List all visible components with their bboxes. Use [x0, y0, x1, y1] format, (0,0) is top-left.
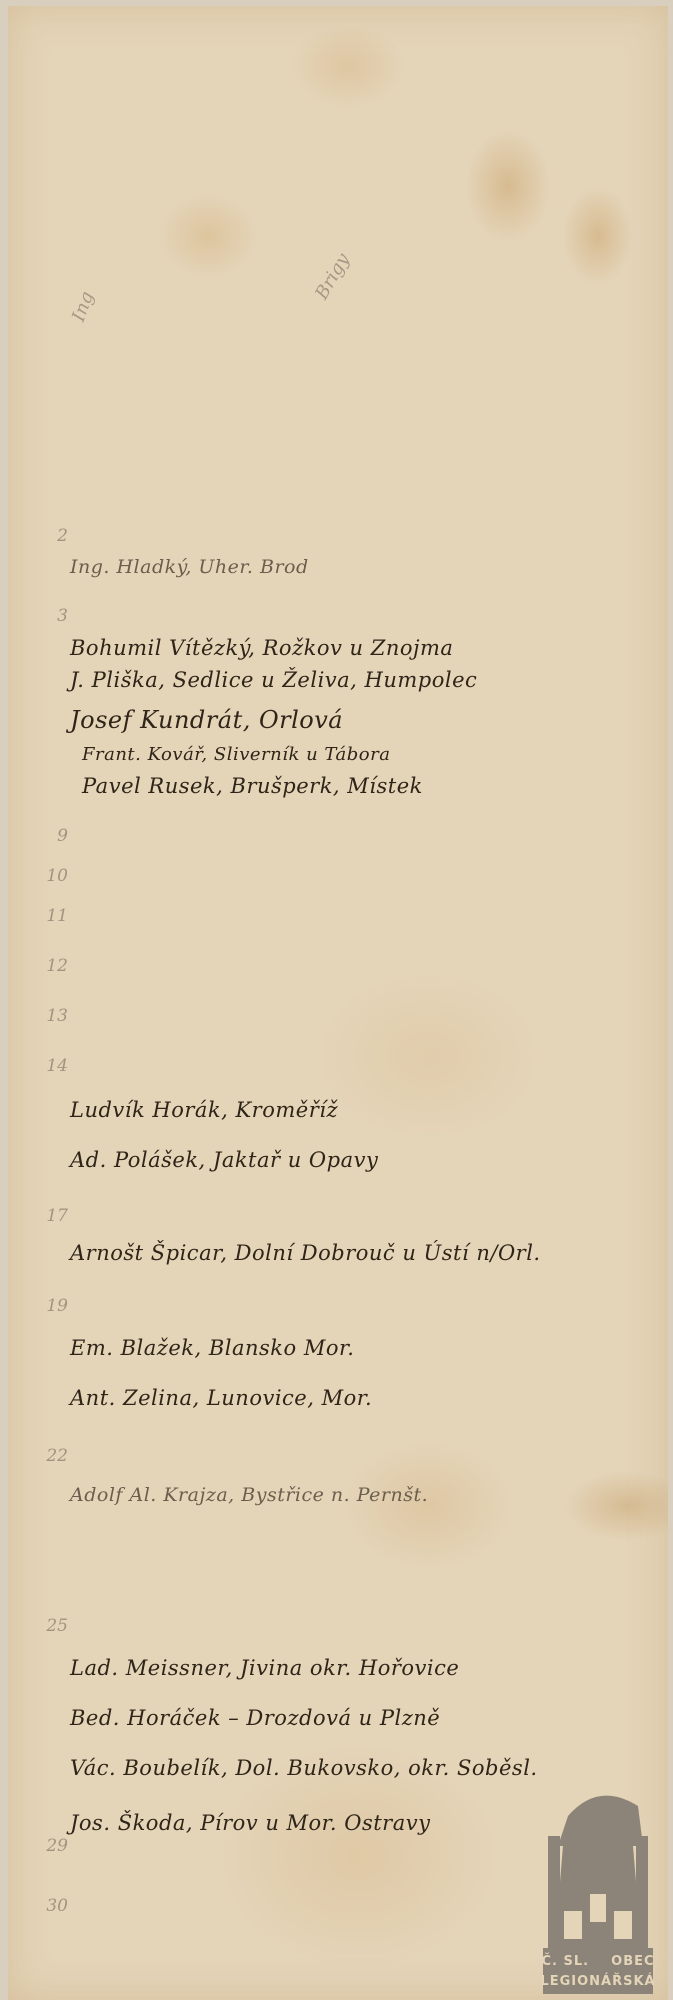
register-entry: Ant. Zelina, Lunovice, Mor.: [70, 1386, 372, 1410]
register-entry: Arnošt Špicar, Dolní Dobrouč u Ústí n/Or…: [70, 1241, 541, 1265]
register-entry: Vác. Boubelík, Dol. Bukovsko, okr. Soběs…: [70, 1756, 538, 1780]
watermark-line1b: OBEC: [611, 1954, 654, 1969]
register-entry: Ing. Hladký, Uher. Brod: [70, 556, 309, 578]
line-number: 14: [8, 1056, 68, 1076]
line-number: 9: [8, 826, 68, 846]
line-number: 10: [8, 866, 68, 886]
register-entry: Bohumil Vítězký, Rožkov u Znojma: [70, 636, 453, 660]
line-number: 25: [8, 1616, 68, 1636]
line-number: 30: [8, 1896, 68, 1916]
line-number: 2: [8, 526, 68, 546]
line-number: 29: [8, 1836, 68, 1856]
register-entry: Em. Blažek, Blansko Mor.: [70, 1336, 354, 1360]
pencil-note: Ing: [68, 289, 98, 325]
line-number: 3: [8, 606, 68, 626]
watermark-line1: Č. SL.: [541, 1954, 589, 1969]
register-entry: Ad. Polášek, Jaktař u Opavy: [70, 1148, 378, 1172]
line-number: 12: [8, 956, 68, 976]
register-entry: J. Pliška, Sedlice u Želiva, Humpolec: [70, 668, 477, 692]
register-entry: Bed. Horáček – Drozdová u Plzně: [70, 1706, 440, 1730]
register-entry: Adolf Al. Krajza, Bystřice n. Pernšt.: [70, 1484, 428, 1506]
line-number: 17: [8, 1206, 68, 1226]
register-entry: Frant. Kovář, Sliverník u Tábora: [82, 744, 390, 765]
register-entry: Lad. Meissner, Jivina okr. Hořovice: [70, 1656, 459, 1680]
register-entry: Jos. Škoda, Pírov u Mor. Ostravy: [70, 1811, 430, 1835]
register-entry: Josef Kundrát, Orlová: [70, 706, 343, 734]
line-number: 19: [8, 1296, 68, 1316]
line-number: 11: [8, 906, 68, 926]
register-entry: Ludvík Horák, Kroměříž: [70, 1098, 338, 1122]
line-number: 13: [8, 1006, 68, 1026]
pencil-note: Brigy: [311, 250, 354, 303]
line-number: 22: [8, 1446, 68, 1466]
legion-watermark-logo: Č. SL. OBEC LEGIONÁŘSKÁ: [528, 1776, 668, 1996]
document-page: Ing Brigy 2 3 9 10 11 12 13 14 17 19 22 …: [8, 6, 668, 2000]
register-entry: Pavel Rusek, Brušperk, Místek: [82, 774, 423, 798]
watermark-line2: LEGIONÁŘSKÁ: [528, 1974, 668, 1989]
